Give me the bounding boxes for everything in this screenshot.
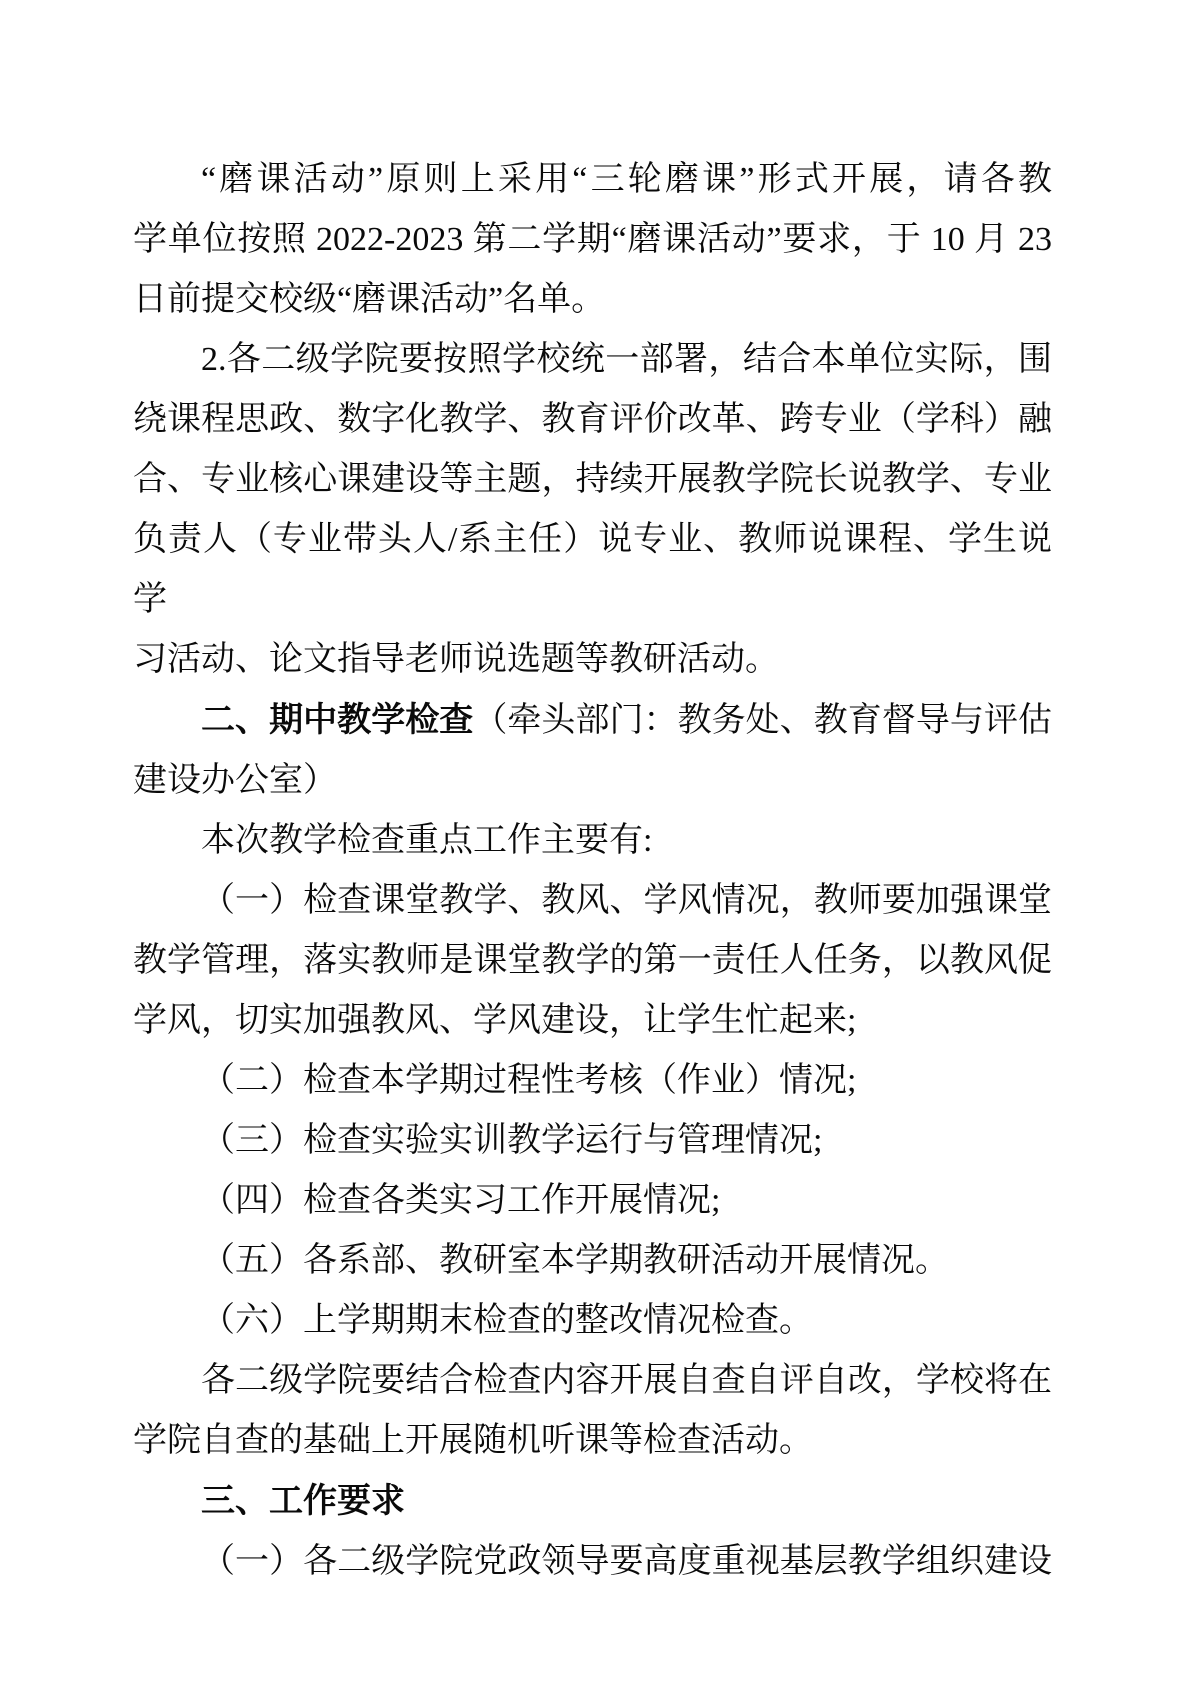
heading-text: 三、工作要求 [201,1482,405,1520]
text-line: （一）各二级学院党政领导要高度重视基层教学组织建设 [133,1532,1052,1592]
body-text: （二）检查本学期过程性考核（作业）情况; [201,1062,856,1099]
body-text: （六）上学期期末检查的整改情况检查。 [201,1302,813,1339]
body-text: （一）检查课堂教学、教风、学风情况，教师要加强课堂 [201,882,1052,919]
text-line: 日前提交校级“磨课活动”名单。 [133,270,1052,330]
body-text: （牵头部门：教务处、教育督导与评估 [473,702,1052,739]
text-line: 各二级学院要结合检查内容开展自查自评自改，学校将在 [133,1351,1052,1411]
body-text: （一）各二级学院党政领导要高度重视基层教学组织建设 [201,1543,1052,1580]
text-line: （二）检查本学期过程性考核（作业）情况; [133,1051,1052,1111]
heading-line: 建设办公室） [133,751,1052,811]
para-check-item-2: （二）检查本学期过程性考核（作业）情况; [133,1051,1052,1111]
para-requirement-1: （一）各二级学院党政领导要高度重视基层教学组织建设 [133,1532,1052,1592]
para-check-item-1: （一）检查课堂教学、教风、学风情况，教师要加强课堂教学管理，落实教师是课堂教学的… [133,871,1052,1051]
text-line: 2.各二级学院要按照学校统一部署，结合本单位实际，围 [133,330,1052,390]
body-text: 本次教学检查重点工作主要有: [201,822,652,859]
body-text: 绕课程思政、数字化教学、教育评价改革、跨专业（学科）融 [133,401,1052,438]
text-line: 本次教学检查重点工作主要有: [133,811,1052,871]
heading-section-2: 二、期中教学检查（牵头部门：教务处、教育督导与评估建设办公室） [133,690,1052,811]
text-line: 负责人（专业带头人/系主任）说专业、教师说课程、学生说学 [133,510,1052,630]
text-line: “磨课活动”原则上采用“三轮磨课”形式开展，请各教 [133,150,1052,210]
para-check-item-3: （三）检查实验实训教学运行与管理情况; [133,1111,1052,1171]
para-moke-activity: “磨课活动”原则上采用“三轮磨课”形式开展，请各教学单位按照 2022-2023… [133,150,1052,330]
body-text: 学院自查的基础上开展随机听课等检查活动。 [133,1422,813,1459]
text-line: 习活动、论文指导老师说选题等教研活动。 [133,630,1052,690]
heading-text: 二、期中教学检查 [201,701,473,739]
body-text: “磨课活动”原则上采用“三轮磨课”形式开展，请各教 [201,161,1052,198]
body-text: （三）检查实验实训教学运行与管理情况; [201,1122,822,1159]
text-line: （四）检查各类实习工作开展情况; [133,1171,1052,1231]
para-check-item-4: （四）检查各类实习工作开展情况; [133,1171,1052,1231]
para-check-item-5: （五）各系部、教研室本学期教研活动开展情况。 [133,1231,1052,1291]
body-text: 建设办公室） [133,762,337,799]
para-self-check: 各二级学院要结合检查内容开展自查自评自改，学校将在学院自查的基础上开展随机听课等… [133,1351,1052,1471]
body-text: 合、专业核心课建设等主题，持续开展教学院长说教学、专业 [133,461,1052,498]
body-text: 负责人（专业带头人/系主任）说专业、教师说课程、学生说学 [133,521,1052,618]
document-page: “磨课活动”原则上采用“三轮磨课”形式开展，请各教学单位按照 2022-2023… [0,0,1191,1684]
document-body: “磨课活动”原则上采用“三轮磨课”形式开展，请各教学单位按照 2022-2023… [133,150,1052,1592]
para-key-tasks-intro: 本次教学检查重点工作主要有: [133,811,1052,871]
body-text: （五）各系部、教研室本学期教研活动开展情况。 [201,1242,949,1279]
para-item-2: 2.各二级学院要按照学校统一部署，结合本单位实际，围绕课程思政、数字化教学、教育… [133,330,1052,690]
text-line: 合、专业核心课建设等主题，持续开展教学院长说教学、专业 [133,450,1052,510]
body-text: 教学管理，落实教师是课堂教学的第一责任人任务，以教风促 [133,942,1052,979]
heading-line: 三、工作要求 [133,1471,1052,1532]
text-line: 学院自查的基础上开展随机听课等检查活动。 [133,1411,1052,1471]
body-text: 学单位按照 2022-2023 第二学期“磨课活动”要求，于 10 月 23 [133,221,1052,258]
body-text: 习活动、论文指导老师说选题等教研活动。 [133,641,779,678]
text-line: （五）各系部、教研室本学期教研活动开展情况。 [133,1231,1052,1291]
text-line: 绕课程思政、数字化教学、教育评价改革、跨专业（学科）融 [133,390,1052,450]
text-line: （一）检查课堂教学、教风、学风情况，教师要加强课堂 [133,871,1052,931]
text-line: （三）检查实验实训教学运行与管理情况; [133,1111,1052,1171]
heading-line: 二、期中教学检查（牵头部门：教务处、教育督导与评估 [133,690,1052,751]
text-line: 学单位按照 2022-2023 第二学期“磨课活动”要求，于 10 月 23 [133,210,1052,270]
body-text: 各二级学院要结合检查内容开展自查自评自改，学校将在 [201,1362,1052,1399]
body-text: 学风，切实加强教风、学风建设，让学生忙起来; [133,1002,856,1039]
body-text: 日前提交校级“磨课活动”名单。 [133,281,605,318]
body-text: （四）检查各类实习工作开展情况; [201,1182,720,1219]
text-line: 教学管理，落实教师是课堂教学的第一责任人任务，以教风促 [133,931,1052,991]
text-line: 学风，切实加强教风、学风建设，让学生忙起来; [133,991,1052,1051]
body-text: 2.各二级学院要按照学校统一部署，结合本单位实际，围 [201,341,1052,378]
para-check-item-6: （六）上学期期末检查的整改情况检查。 [133,1291,1052,1351]
heading-section-3: 三、工作要求 [133,1471,1052,1532]
text-line: （六）上学期期末检查的整改情况检查。 [133,1291,1052,1351]
